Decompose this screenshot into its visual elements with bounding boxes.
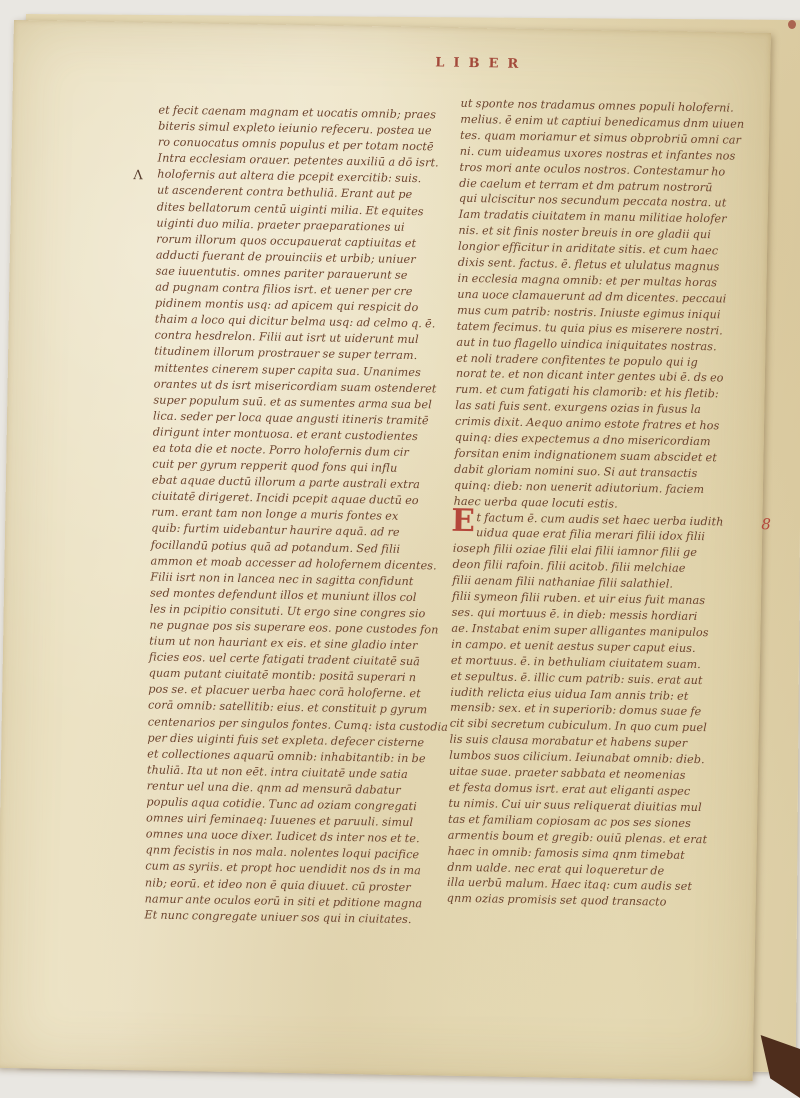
paragraph-mark: 8 [761,515,771,533]
edge-mark [788,20,796,29]
text-column-right: ut sponte nos tradamus omnes populi holo… [447,96,773,913]
margin-letter-a: Λ [133,168,143,183]
manuscript-photo: LIBER Λ et fecit caenam magnam et uocati… [0,0,800,1098]
running-title: LIBER [435,55,527,72]
manuscript-page: LIBER Λ et fecit caenam magnam et uocati… [0,20,771,1081]
rubricated-initial-e: E [451,506,475,537]
text-column-left: et fecit caenam magnam et uocatis omnib;… [144,103,460,929]
